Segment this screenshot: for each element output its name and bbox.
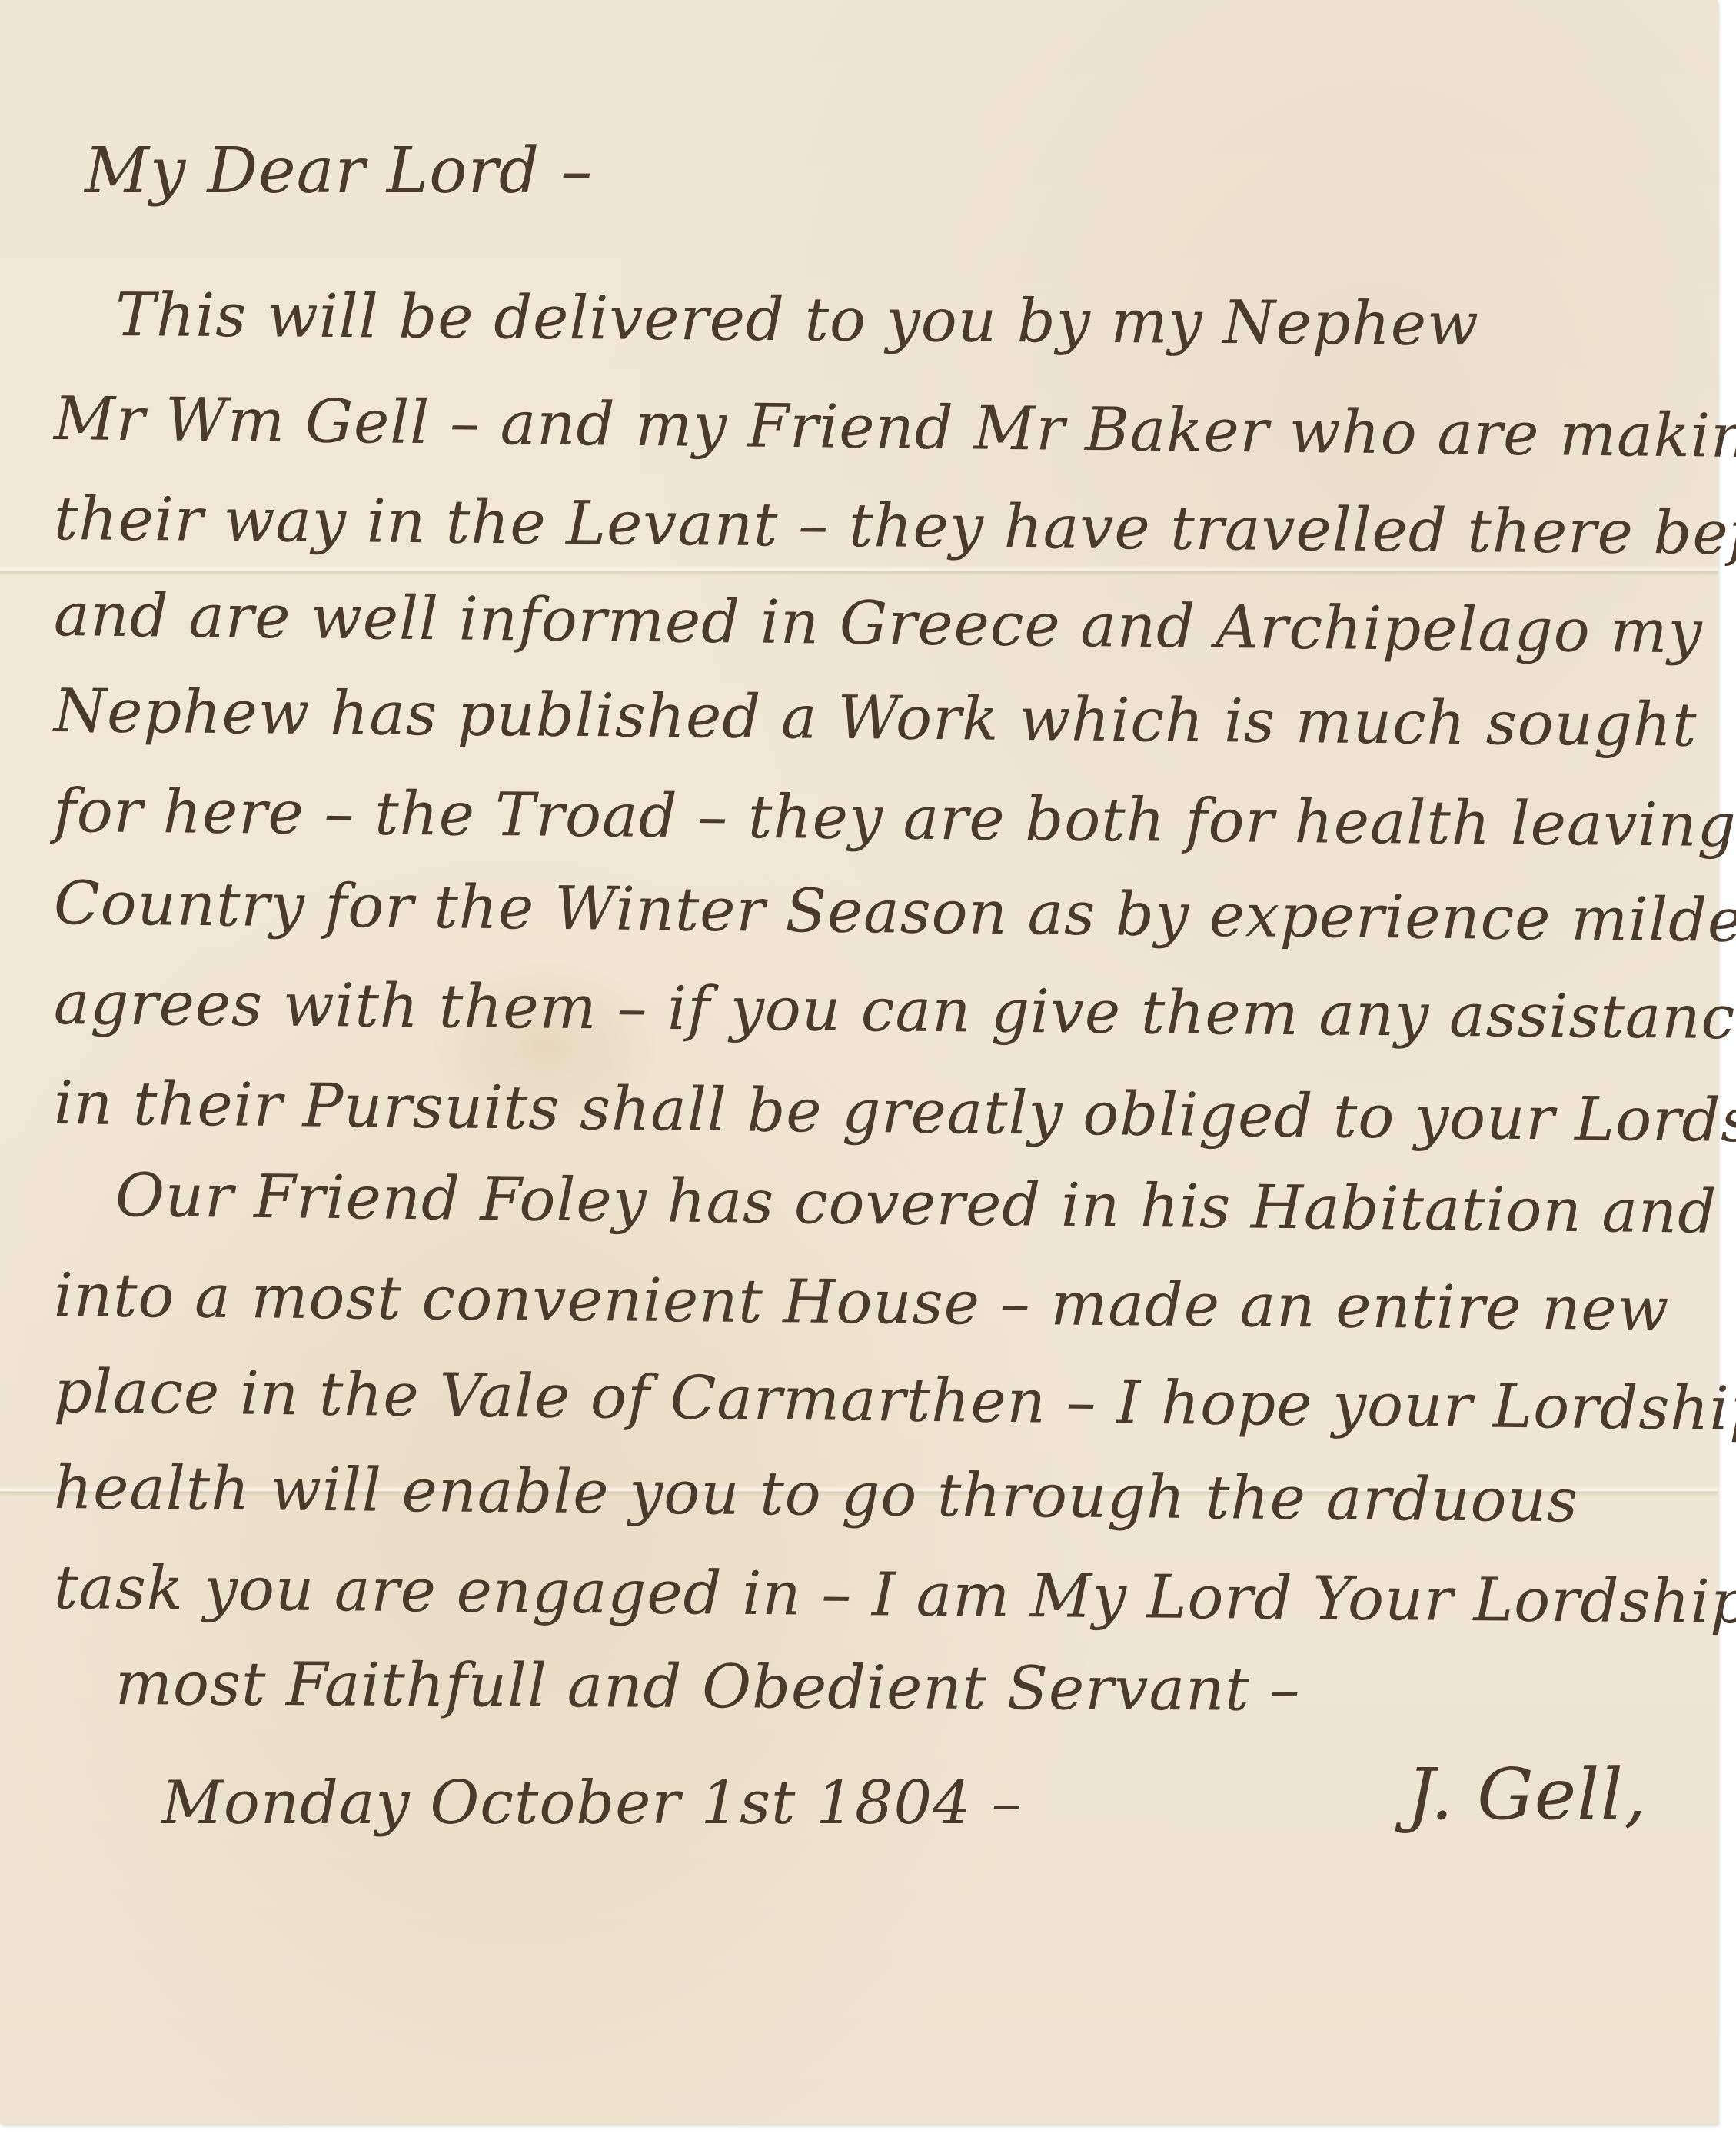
letter-line: agrees with them – if you can give them …: [54, 969, 1736, 1053]
letter-line: Mr Wm Gell – and my Friend Mr Baker who …: [54, 384, 1736, 472]
letter-line: into a most convenient House – made an e…: [54, 1261, 1670, 1344]
letter-line: and are well informed in Greece and Arch…: [54, 581, 1704, 667]
fold-crease: [0, 565, 1718, 576]
letter-line: for here – the Troad – they are both for…: [54, 777, 1736, 862]
letter-line: This will be delivered to you by my Neph…: [115, 281, 1480, 359]
salutation: My Dear Lord –: [85, 135, 593, 208]
letter-date: Monday October 1st 1804 –: [161, 1769, 1023, 1838]
letter-line: Nephew has published a Work which is muc…: [54, 677, 1698, 760]
signature: J. Gell,: [1407, 1753, 1647, 1835]
letter-line: task you are engaged in – I am My Lord Y…: [54, 1553, 1736, 1638]
letter-line: most Faithfull and Obedient Servant –: [115, 1649, 1301, 1725]
letter-line: in their Pursuits shall be greatly oblig…: [54, 1069, 1736, 1157]
letter-line: their way in the Levant – they have trav…: [54, 484, 1736, 569]
letter-line: place in the Vale of Carmarthen – I hope…: [54, 1357, 1736, 1445]
letter-line: Country for the Winter Season as by expe…: [54, 869, 1736, 956]
letter-paper: My Dear Lord – This will be delivered to…: [0, 0, 1718, 2124]
letter-line: health will enable you to go through the…: [54, 1453, 1579, 1536]
letter-line: Our Friend Foley has covered in his Habi…: [115, 1161, 1718, 1247]
